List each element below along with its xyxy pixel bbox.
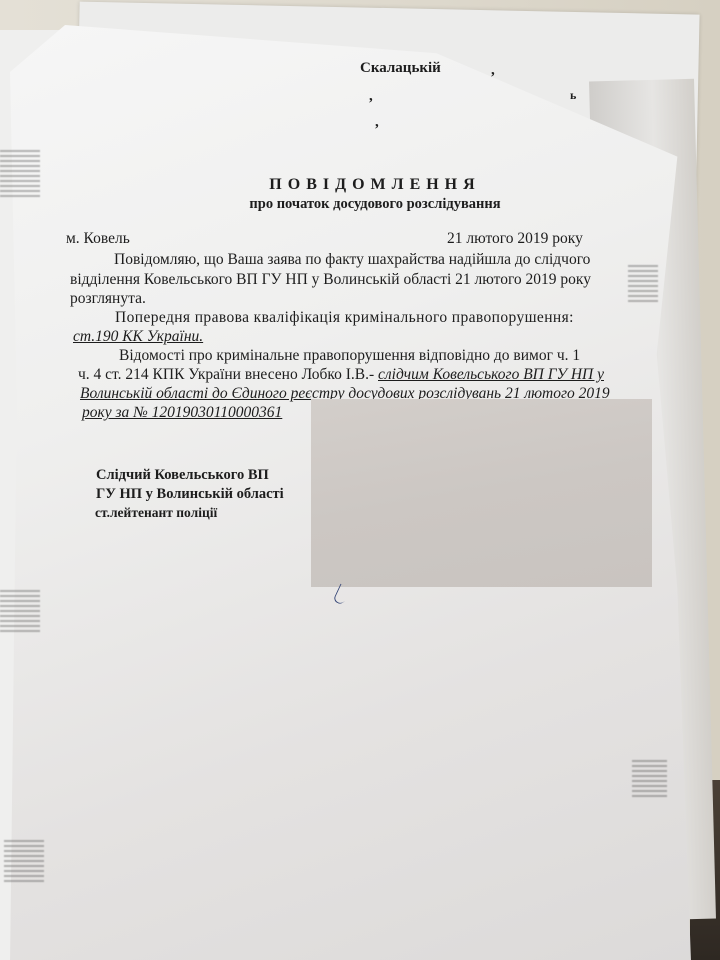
signature-title-line2: ГУ НП у Волинській області [96, 486, 284, 503]
redacted-signature-block [311, 399, 652, 587]
city: м. Ковель [66, 230, 130, 248]
addressee-fragment: ь [570, 88, 576, 103]
document-title: ПОВІДОМЛЕННЯ [0, 176, 720, 194]
registry-number: року за № 12019030110000361 [82, 404, 282, 422]
toner-smudge [4, 840, 44, 885]
addressee-comma: , [375, 114, 379, 131]
toner-smudge [628, 265, 658, 305]
paragraph3-line2-italic: слідчим Ковельського ВП ГУ НП у [378, 366, 604, 383]
paragraph2-line1: Попередня правова кваліфікація криміналь… [115, 309, 574, 327]
addressee-comma: , [369, 88, 373, 105]
paragraph1-line2: відділення Ковельського ВП ГУ НП у Волин… [70, 271, 591, 289]
paragraph1-line1: Повідомляю, що Ваша заява по факту шахра… [114, 251, 676, 269]
toner-smudge [632, 760, 667, 800]
addressee-name: Скалацькій [360, 60, 441, 77]
signature-title-line1: Слідчий Ковельського ВП [96, 467, 269, 484]
document-subtitle: про початок досудового розслідування [0, 196, 720, 213]
signature-rank: ст.лейтенант поліції [95, 505, 217, 521]
paragraph3-line1: Відомості про кримінальне правопорушення… [119, 347, 580, 365]
addressee-comma: , [491, 62, 495, 79]
paragraph3-line2-plain: ч. 4 ст. 214 КПК України внесено Лобко І… [78, 366, 378, 383]
paragraph1-line3: розглянута. [70, 290, 146, 308]
paragraph3-line2: ч. 4 ст. 214 КПК України внесено Лобко І… [78, 366, 604, 384]
toner-smudge [0, 590, 40, 635]
legal-article: ст.190 КК України. [73, 328, 203, 346]
date: 21 лютого 2019 року [447, 230, 583, 248]
